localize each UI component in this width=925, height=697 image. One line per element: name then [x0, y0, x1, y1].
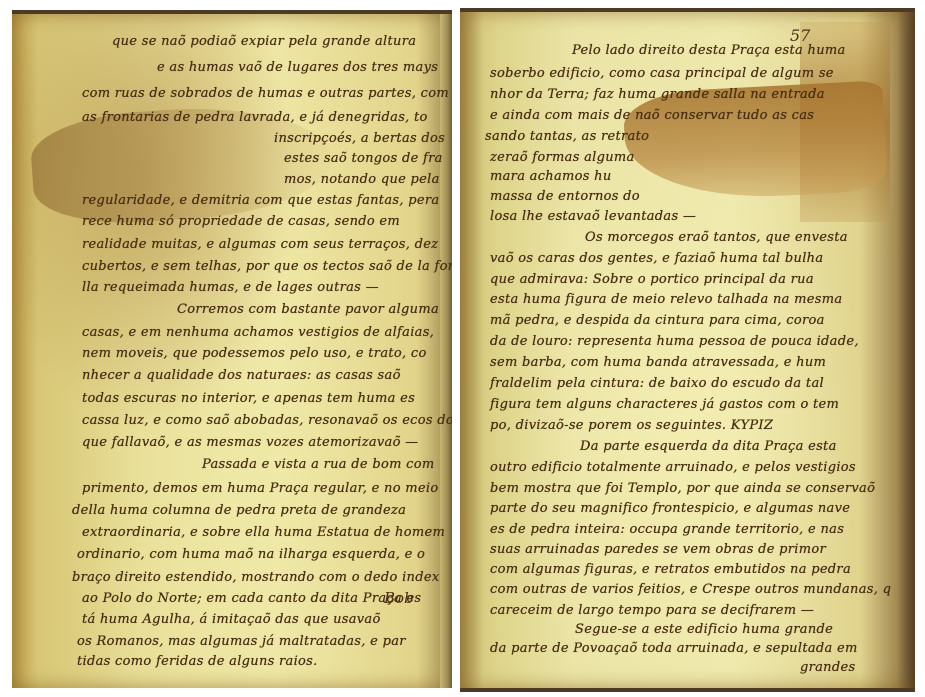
- manuscript-line: Pelo lado direito desta Praça esta huma: [572, 43, 846, 58]
- manuscript-line: da parte de Povoaçaõ toda arruinada, e s…: [490, 641, 858, 656]
- catchword-signature: Bob: [384, 589, 414, 607]
- manuscript-line: zeraõ formas alguma: [490, 150, 635, 165]
- manuscript-line: regularidade, e demitria com que estas f…: [82, 193, 439, 208]
- manuscript-line: casas, e em nenhuma achamos vestigios de…: [82, 325, 434, 340]
- manuscript-line: parte do seu magnifico frontespicio, e a…: [490, 501, 850, 516]
- manuscript-line: po, divizaõ-se porem os seguintes. KYPIZ: [490, 418, 773, 433]
- manuscript-line: figura tem alguns characteres já gastos …: [490, 397, 839, 412]
- page-number: 57: [790, 26, 810, 45]
- manuscript-line: Corremos com bastante pavor alguma: [177, 302, 439, 317]
- manuscript-line: sem barba, com huma banda atravessada, e…: [490, 355, 826, 370]
- manuscript-line: nhor da Terra; faz huma grande salla na …: [490, 87, 825, 102]
- manuscript-line: cubertos, e sem telhas, por que os tecto…: [82, 259, 452, 274]
- catchword: grandes: [800, 660, 855, 675]
- manuscript-line: ordinario, com huma maõ na ilharga esque…: [77, 547, 425, 562]
- manuscript-line: mã pedra, e despida da cintura para cima…: [490, 313, 825, 328]
- manuscript-line: os Romanos, mas algumas já maltratadas, …: [77, 634, 406, 649]
- manuscript-line: com ruas de sobrados de humas e outras p…: [82, 86, 449, 101]
- manuscript-line: que fallavaõ, e as mesmas vozes atemoriz…: [82, 435, 418, 450]
- manuscript-line: bem mostra que foi Templo, por que ainda…: [490, 481, 875, 496]
- manuscript-line: e ainda com mais de naõ conservar tudo a…: [490, 108, 814, 123]
- manuscript-line: as frontarias de pedra lavrada, e já den…: [82, 110, 428, 125]
- manuscript-line: mos, notando que pela: [284, 172, 440, 187]
- left-manuscript-page: que se naõ podiaõ expiar pela grande alt…: [12, 10, 452, 688]
- manuscript-line: da de louro: representa huma pessoa de p…: [490, 334, 859, 349]
- manuscript-line: tá huma Agulha, á imitaçaõ das que usava…: [82, 612, 381, 627]
- manuscript-line: lla requeimada humas, e de lages outras …: [82, 280, 379, 295]
- manuscript-line: extraordinaria, e sobre ella huma Estatu…: [82, 525, 445, 540]
- manuscript-line: careceim de largo tempo para se decifrar…: [490, 603, 814, 618]
- right-manuscript-page: 57 Pelo lado direito desta Praça esta hu…: [460, 8, 915, 692]
- manuscript-line: com outras de varios feitios, e Crespe o…: [490, 582, 891, 597]
- manuscript-line: Os morcegos eraõ tantos, que envesta: [585, 230, 848, 245]
- manuscript-line: sando tantas, as retrato: [485, 129, 649, 144]
- manuscript-line: Passada e vista a rua de bom com: [202, 457, 434, 472]
- manuscript-line: com algumas figuras, e retratos embutido…: [490, 562, 851, 577]
- manuscript-line: fraldelim pela cintura: de baixo do escu…: [490, 376, 824, 391]
- manuscript-line: cassa luz, e como saõ abobadas, resonava…: [82, 413, 452, 428]
- manuscript-line: primento, demos em huma Praça regular, e…: [82, 481, 438, 496]
- manuscript-line: nhecer a qualidade dos naturaes: as casa…: [82, 368, 401, 383]
- manuscript-line: suas arruinadas paredes se vem obras de …: [490, 542, 826, 557]
- manuscript-line: realidade muitas, e algumas com seus ter…: [82, 237, 438, 252]
- manuscript-line: vaõ os caras dos gentes, e faziaõ huma t…: [490, 251, 823, 266]
- manuscript-line: tidas como feridas de alguns raios.: [77, 654, 318, 669]
- manuscript-line: losa lhe estavaõ levantadas —: [490, 209, 696, 224]
- manuscript-line: que admirava: Sobre o portico principal …: [490, 272, 814, 287]
- manuscript-line: todas escuras no interior, e apenas tem …: [82, 391, 415, 406]
- manuscript-line: es de pedra inteira: occupa grande terri…: [490, 522, 844, 537]
- page-binding-edge: [440, 14, 452, 688]
- manuscript-line: estes saõ tongos de fra: [284, 151, 443, 166]
- manuscript-line: outro edificio totalmente arruinado, e p…: [490, 460, 856, 475]
- manuscript-line: e as humas vaõ de lugares dos tres mays: [157, 60, 438, 75]
- manuscript-line: nem moveis, que podessemos pelo uso, e t…: [82, 346, 427, 361]
- manuscript-line: Da parte esquerda da dita Praça esta: [580, 439, 837, 454]
- manuscript-line: rece huma só propriedade de casas, sendo…: [82, 214, 400, 229]
- manuscript-line: ao Polo do Norte; em cada canto da dita …: [82, 591, 421, 606]
- manuscript-line: della huma columna de pedra preta de gra…: [72, 503, 406, 518]
- manuscript-line: massa de entornos do: [490, 189, 640, 204]
- manuscript-line: mara achamos hu: [490, 169, 612, 184]
- manuscript-line: que se naõ podiaõ expiar pela grande alt…: [112, 34, 416, 49]
- manuscript-line: braço direito estendido, mostrando com o…: [72, 570, 439, 585]
- manuscript-line: esta huma figura de meio relevo talhada …: [490, 292, 842, 307]
- manuscript-line: inscripçoés, a bertas dos: [274, 131, 445, 146]
- manuscript-line: Segue-se a este edificio huma grande: [575, 622, 833, 637]
- manuscript-line: soberbo edificio, como casa principal de…: [490, 66, 834, 81]
